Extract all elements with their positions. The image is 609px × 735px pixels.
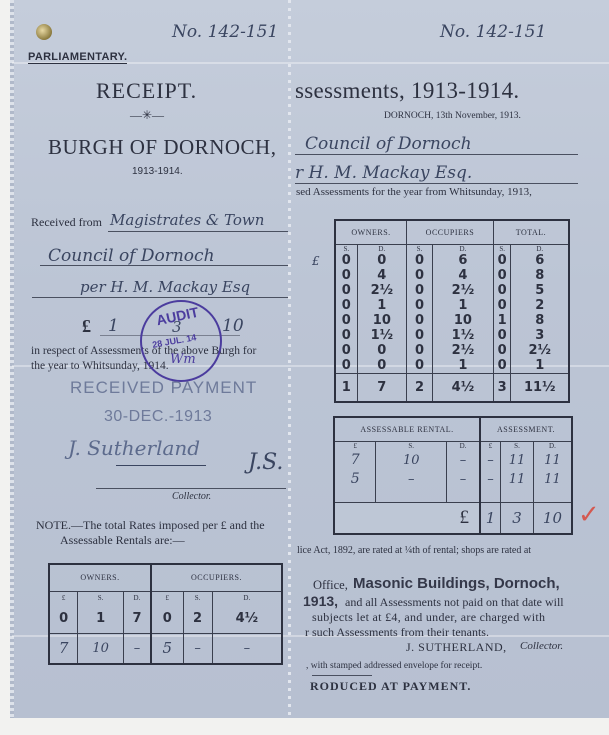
col-header: D. xyxy=(447,441,480,450)
owners-header: OWNERS. xyxy=(49,564,151,591)
cell: 11 xyxy=(533,470,572,488)
per-line xyxy=(32,297,288,298)
cell: 1½ xyxy=(432,328,493,343)
signature-underline xyxy=(116,465,206,466)
cell: 1 xyxy=(357,298,406,313)
cell: 0 xyxy=(493,298,511,313)
received-payment-date: 30-DEC.-1913 xyxy=(104,408,212,426)
received-from-label: Received from xyxy=(31,215,102,230)
notice-title: ssessments, 1913-1914. xyxy=(295,78,519,104)
cell: 0 xyxy=(335,358,357,374)
cell: 8 xyxy=(511,313,569,328)
cell: 4½ xyxy=(212,605,282,633)
empty-cell xyxy=(480,488,501,502)
cell: 0 xyxy=(335,268,357,283)
total-pound-symbol: £ xyxy=(334,502,480,534)
table-row: 0 10 0 10 1 8 xyxy=(335,313,569,328)
produced-text: RODUCED AT PAYMENT. xyxy=(310,679,471,694)
table-row: 0 4 0 4 0 8 xyxy=(335,268,569,283)
cell: 5 xyxy=(334,470,376,488)
receipt-number: No. 142-151 xyxy=(172,22,278,42)
cell: 1 xyxy=(493,313,511,328)
addressee-per: r H. M. Mackay Esq. xyxy=(295,163,472,183)
office-prefix: Office, xyxy=(313,578,348,593)
cell: 6 xyxy=(511,253,569,268)
table-row: 0 0 0 6 0 6 xyxy=(335,253,569,268)
cell: 10 xyxy=(432,313,493,328)
cell: 10 xyxy=(376,450,447,470)
payment-text-2: subjects let at £4, and under, are charg… xyxy=(312,610,545,625)
check-mark-icon: ✓ xyxy=(578,500,600,530)
addressee-per-line xyxy=(295,183,578,184)
left-rates-table: OWNERS. OCCUPIERS. £ S. D. £ S. D. 0 1 7… xyxy=(48,563,283,665)
table-row: 0 1 0 1 0 2 xyxy=(335,298,569,313)
col-header: S. xyxy=(501,441,534,450)
table-row: 0 0 0 2½ 0 2½ xyxy=(335,343,569,358)
cell: 7 xyxy=(357,374,406,402)
notice-number: No. 142-151 xyxy=(440,22,546,42)
table-row: 0 2½ 0 2½ 0 5 xyxy=(335,283,569,298)
note-text-1: NOTE.—The total Rates imposed per £ and … xyxy=(36,518,265,533)
cell: 2 xyxy=(183,605,212,633)
cell: 0 xyxy=(335,328,357,343)
collector-title: Collector. xyxy=(520,640,563,652)
col-header: £ xyxy=(151,591,183,605)
cell: 11½ xyxy=(511,374,569,402)
cell: 0 xyxy=(335,253,357,268)
cell: – xyxy=(123,633,151,664)
cell: 11 xyxy=(501,450,534,470)
audit-stamp-date: 28 JUL. 14 xyxy=(151,332,197,350)
cell: 0 xyxy=(151,605,183,633)
col-header: D. xyxy=(533,441,572,450)
cell: – xyxy=(480,450,501,470)
collector-signature: J. Sutherland xyxy=(68,436,200,460)
amount-pence: 10 xyxy=(222,316,244,336)
cell: 0 xyxy=(335,343,357,358)
audit-stamp-title: AUDIT xyxy=(155,304,200,329)
empty-cell xyxy=(447,488,480,502)
council-line xyxy=(40,265,288,266)
col-header: £ xyxy=(480,441,501,450)
table-row: 7 10 – – 11 11 xyxy=(334,450,572,470)
cell: 0 xyxy=(407,298,433,313)
cell: 1 xyxy=(335,374,357,402)
rule-line xyxy=(312,675,372,676)
cell: 0 xyxy=(407,343,433,358)
addressee-council: Council of Dornoch xyxy=(305,134,472,154)
envelope-text: , with stamped addressed envelope for re… xyxy=(306,661,482,671)
receipt-year: 1913-1914. xyxy=(132,166,183,177)
note-text-2: Assessable Rentals are:— xyxy=(60,533,185,548)
cell: – xyxy=(480,470,501,488)
cell: 0 xyxy=(407,268,433,283)
cell: 0 xyxy=(335,313,357,328)
brass-rivet-icon xyxy=(36,24,52,40)
cell: 0 xyxy=(407,358,433,374)
notice-date: DORNOCH, 13th November, 1913. xyxy=(384,111,521,121)
perforated-left-edge xyxy=(10,0,14,718)
cell: 1 xyxy=(511,358,569,374)
cell: – xyxy=(447,470,480,488)
cell: 0 xyxy=(493,328,511,343)
col-header: D. xyxy=(357,244,406,253)
cell: 3 xyxy=(511,328,569,343)
cell: 0 xyxy=(493,283,511,298)
parliamentary-label: PARLIAMENTARY. xyxy=(28,51,127,64)
cell: – xyxy=(447,450,480,470)
occupiers-header: OCCUPIERS xyxy=(407,220,494,244)
cell: 2½ xyxy=(432,343,493,358)
cell: 1 xyxy=(78,605,124,633)
pound-mark: £ xyxy=(312,254,320,268)
payment-text-1: and all Assessments not paid on that dat… xyxy=(345,595,564,610)
received-from-payer: Magistrates & Town xyxy=(110,211,264,229)
cell: 0 xyxy=(493,253,511,268)
total-shillings: 3 xyxy=(501,502,534,534)
col-header: S. xyxy=(493,244,511,253)
cell: 11 xyxy=(533,450,572,470)
collector-line xyxy=(96,488,286,489)
col-header: £ xyxy=(49,591,78,605)
owners-header: OWNERS. xyxy=(335,220,407,244)
empty-cell xyxy=(376,488,447,502)
col-header: D. xyxy=(511,244,569,253)
cell: 7 xyxy=(334,450,376,470)
police-act-text: lice Act, 1892, are rated at ¼th of rent… xyxy=(297,545,531,556)
table-row: 0 0 0 1 0 1 xyxy=(335,358,569,374)
cell: 5 xyxy=(151,633,183,664)
cell: 2½ xyxy=(357,283,406,298)
cell: – xyxy=(183,633,212,664)
cell: 2½ xyxy=(511,343,569,358)
cell: 0 xyxy=(49,605,78,633)
cell: 0 xyxy=(335,298,357,313)
amount-pounds: 1 xyxy=(108,316,119,336)
total-row: £ 1 3 10 xyxy=(334,502,572,534)
assessments-text: sed Assessments for the year from Whitsu… xyxy=(296,186,532,198)
ornament-divider: —✳— xyxy=(130,108,164,123)
received-payment-stamp: RECEIVED PAYMENT xyxy=(70,378,257,398)
cell: 4 xyxy=(357,268,406,283)
col-header: D. xyxy=(432,244,493,253)
cell: 0 xyxy=(335,283,357,298)
cell: 0 xyxy=(407,283,433,298)
cell: 10 xyxy=(78,633,124,664)
col-header: S. xyxy=(183,591,212,605)
cell: 6 xyxy=(432,253,493,268)
receipt-title: RECEIPT. xyxy=(96,78,197,104)
burgh-title: BURGH OF DORNOCH, xyxy=(48,135,276,160)
cell: 0 xyxy=(493,343,511,358)
cell: – xyxy=(376,470,447,488)
collector-label: Collector. xyxy=(172,491,211,502)
cell: 0 xyxy=(407,253,433,268)
cell: 8 xyxy=(511,268,569,283)
cell: 10 xyxy=(357,313,406,328)
col-header: D. xyxy=(212,591,282,605)
office-address: Masonic Buildings, Dornoch, xyxy=(353,575,560,592)
col-header: S. xyxy=(335,244,357,253)
payment-text-3: r such Assessments from their tenants. xyxy=(305,625,489,640)
cell: 4½ xyxy=(432,374,493,402)
cell: 0 xyxy=(493,358,511,374)
cell: 5 xyxy=(511,283,569,298)
cell: 0 xyxy=(407,313,433,328)
right-rates-table: OWNERS. OCCUPIERS TOTAL. S. D. S. D. S. … xyxy=(334,219,570,403)
assessable-rental-header: ASSESSABLE RENTAL. xyxy=(334,417,480,441)
cell: 11 xyxy=(501,470,534,488)
audit-stamp-initials: Wm xyxy=(170,352,196,367)
occupiers-header: OCCUPIERS. xyxy=(151,564,282,591)
empty-cell xyxy=(501,488,534,502)
cell: 7 xyxy=(123,605,151,633)
col-header: £ xyxy=(334,441,376,450)
cell: 0 xyxy=(357,253,406,268)
cell: 4 xyxy=(432,268,493,283)
total-pounds: 1 xyxy=(480,502,501,534)
rate-row: 0 1 7 0 2 4½ xyxy=(49,605,282,633)
cell: 0 xyxy=(407,328,433,343)
cell: 0 xyxy=(357,358,406,374)
received-from-council: Council of Dornoch xyxy=(48,246,215,266)
totals-row: 1 7 2 4½ 3 11½ xyxy=(335,374,569,402)
table-row: 5 – – – 11 11 xyxy=(334,470,572,488)
table-row: 0 1½ 0 1½ 0 3 xyxy=(335,328,569,343)
rental-row: 7 10 – 5 – – xyxy=(49,633,282,664)
perforation-line xyxy=(288,0,291,718)
received-from-per: per H. M. Mackay Esq xyxy=(80,278,250,296)
cell: 2 xyxy=(511,298,569,313)
payment-year: 1913, xyxy=(303,593,338,609)
empty-cell xyxy=(334,488,376,502)
empty-cell xyxy=(533,488,572,502)
cell: 0 xyxy=(493,268,511,283)
col-header: S. xyxy=(78,591,124,605)
collector-name: J. SUTHERLAND, xyxy=(406,640,507,655)
cell: 2 xyxy=(407,374,433,402)
cell: 1½ xyxy=(357,328,406,343)
cell: 1 xyxy=(432,298,493,313)
cell: – xyxy=(212,633,282,664)
audit-stamp: AUDIT 28 JUL. 14 Wm xyxy=(140,300,222,382)
addressee-line xyxy=(295,154,578,155)
assessment-header: ASSESSMENT. xyxy=(480,417,572,441)
col-header: S. xyxy=(407,244,433,253)
total-header: TOTAL. xyxy=(493,220,569,244)
col-header: S. xyxy=(376,441,447,450)
cell: 0 xyxy=(357,343,406,358)
cell: 2½ xyxy=(432,283,493,298)
cell: 7 xyxy=(49,633,78,664)
cell: 3 xyxy=(493,374,511,402)
pound-symbol: £ xyxy=(82,316,91,337)
col-header: D. xyxy=(123,591,151,605)
payer-line xyxy=(108,231,288,232)
collector-initials: J.S. xyxy=(248,450,283,475)
rental-assessment-table: ASSESSABLE RENTAL. ASSESSMENT. £ S. D. £… xyxy=(333,416,573,535)
cell: 1 xyxy=(432,358,493,374)
total-pence: 10 xyxy=(533,502,572,534)
